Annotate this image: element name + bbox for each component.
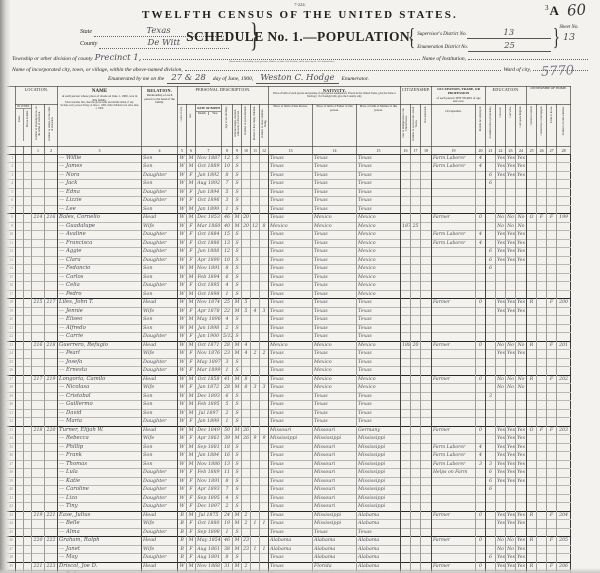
enumeration-dates: 27 & 28: [167, 73, 210, 84]
cell-write: [506, 205, 516, 214]
cell-age: 10: [222, 163, 233, 172]
cell-read: Yes: [496, 350, 506, 359]
cell-color: W: [178, 426, 187, 435]
cell-cit_year: [401, 163, 411, 172]
cell-mother_of: [251, 324, 260, 333]
cell-farm_sched: [557, 545, 571, 554]
corner-letter: A: [550, 3, 559, 19]
cell-yrs_married: [242, 265, 251, 274]
cell-school: [486, 452, 496, 461]
cell-age: 39: [222, 435, 233, 444]
cell-relation: Daughter: [142, 503, 178, 512]
cell-yrs_married: 20: [242, 222, 251, 231]
cell-family: [45, 256, 58, 265]
cell-color: W: [178, 299, 187, 308]
cell-occupation: [432, 307, 476, 316]
cell-free_mtg: [537, 154, 547, 163]
cell-color: W: [178, 367, 187, 376]
cell-school: [486, 511, 496, 520]
cell-dob: Oct 1898: [196, 290, 222, 299]
table-row: 16— CeliaDaughterWFOct 18954STexasTexasM…: [6, 282, 571, 291]
cell-mother_of: [251, 188, 260, 197]
cell-relation: Head: [142, 537, 178, 546]
cell-write: [506, 503, 516, 512]
cell-cit_years: [411, 299, 421, 308]
cell-relation: Daughter: [142, 239, 178, 248]
sex-column-header: Sex.: [187, 104, 196, 146]
cell-cit_nat: [421, 528, 432, 537]
cell-relation: Son: [142, 409, 178, 418]
cell-occupation: [432, 401, 476, 410]
cell-cit_years: [411, 256, 421, 265]
cell-dwelling: [32, 443, 45, 452]
cell-dob: Oct 1889: [196, 163, 222, 172]
cell-age: 3: [222, 358, 233, 367]
cell-cit_year: [401, 324, 411, 333]
table-row: 31— DavidSonWMJul 18972STexasTexasTexas: [6, 409, 571, 418]
cell-write: [506, 265, 516, 274]
cell-english: Yes: [516, 307, 527, 316]
cell-relation: Son: [142, 452, 178, 461]
cell-cit_year: [401, 180, 411, 189]
cell-pob: Texas: [269, 469, 313, 478]
cell-occupation: [432, 528, 476, 537]
cell-name: — Carlos: [58, 273, 142, 282]
cell-pob: Texas: [269, 265, 313, 274]
cell-cit_year: [401, 307, 411, 316]
cell-dwelling: 217: [32, 375, 45, 384]
cell-marital: S: [233, 358, 242, 367]
cell-dob: Oct 1871: [196, 341, 222, 350]
cell-school: [486, 367, 496, 376]
cell-relation: Daughter: [142, 486, 178, 495]
cell-name: — Jennie: [58, 307, 142, 316]
cell-pob_mother: Mexico: [357, 265, 401, 274]
cell-yrs_married: [242, 469, 251, 478]
cell-street: [16, 188, 24, 197]
cell-cit_years: 25: [411, 222, 421, 231]
cell-relation: Son: [142, 290, 178, 299]
cell-house: [24, 392, 32, 401]
cell-children_living: [260, 477, 269, 486]
cell-dwelling: [32, 350, 45, 359]
table-row: 11— FranciscaDaughterWFOct 188613STexasT…: [6, 239, 571, 248]
cell-cit_nat: [421, 494, 432, 503]
cell-occupation: [432, 350, 476, 359]
cell-marital: M: [233, 384, 242, 393]
cell-read: No: [496, 222, 506, 231]
cell-farm_house: [547, 494, 557, 503]
cell-pob_mother: Mexico: [357, 384, 401, 393]
cell-pob_father: Texas: [313, 205, 357, 214]
table-row: 5— EdnaDaughterWFJun 18945STexasTexasTex…: [6, 188, 571, 197]
cell-own_rent: [527, 171, 537, 180]
occupation-group-header: OCCUPATION, TRADE, OR PROFESSION of each…: [432, 87, 486, 105]
mother-of-children-column-header: Mother of how many children.: [251, 104, 260, 146]
cell-house: [24, 545, 32, 554]
cell-family: [45, 486, 58, 495]
cell-age: 8: [222, 477, 233, 486]
cell-pob: Texas: [269, 418, 313, 427]
cell-family: 222: [45, 537, 58, 546]
cell-write: Yes: [506, 460, 516, 469]
cell-children_living: [260, 375, 269, 384]
cell-family: [45, 409, 58, 418]
cell-yrs_married: [242, 452, 251, 461]
cell-pob_father: Texas: [313, 316, 357, 325]
cell-pob: Texas: [269, 443, 313, 452]
cell-occupation: Farmer: [432, 299, 476, 308]
cell-mother_of: 9: [251, 435, 260, 444]
cell-dwelling: 214: [32, 214, 45, 223]
cell-house: [24, 537, 32, 546]
cell-color: W: [178, 248, 187, 257]
cell-house: [24, 452, 32, 461]
cell-english: Yes: [516, 163, 527, 172]
cell-sex: F: [187, 384, 196, 393]
cell-marital: S: [233, 528, 242, 537]
cell-house: [24, 222, 32, 231]
sheet-number-block: Sheet No. 13: [551, 25, 587, 43]
cell-dob: Jan 1898: [196, 324, 222, 333]
cell-family: [45, 528, 58, 537]
cell-family: [45, 282, 58, 291]
cell-own_rent: [527, 409, 537, 418]
cell-read: [496, 282, 506, 291]
cell-own_rent: R: [527, 511, 537, 520]
table-row: 21— AlfredoSonWMJan 18982STexasTexasTexa…: [6, 324, 571, 333]
cell-house: [24, 188, 32, 197]
cell-free_mtg: [537, 511, 547, 520]
cell-occupation: [432, 435, 476, 444]
cell-street: [16, 256, 24, 265]
cell-school: [486, 375, 496, 384]
cell-cit_years: [411, 358, 421, 367]
attended-school-column-header: Attended school (in months).: [486, 104, 496, 146]
cell-marital: S: [233, 316, 242, 325]
cell-yrs_married: [242, 290, 251, 299]
cell-free_mtg: [537, 222, 547, 231]
cell-dob: Dec 1893: [196, 392, 222, 401]
cell-pob_mother: Mexico: [357, 273, 401, 282]
cell-free_mtg: [537, 248, 547, 257]
pob-father-column-header: Place of birth of Father of this person.: [313, 104, 357, 146]
cell-cit_nat: [421, 358, 432, 367]
cell-dwelling: [32, 205, 45, 214]
cell-farm_sched: [557, 494, 571, 503]
cell-family: [45, 520, 58, 529]
cell-english: [516, 273, 527, 282]
cell-color: W: [178, 222, 187, 231]
education-group-header: EDUCATION.: [486, 87, 527, 105]
cell-english: [516, 316, 527, 325]
cell-cit_nat: [421, 171, 432, 180]
name-note-2: Include every person living on June 1, 1…: [58, 105, 141, 111]
column-number: 23: [506, 146, 516, 154]
cell-pob: Texas: [269, 401, 313, 410]
cell-read: Yes: [496, 307, 506, 316]
cell-color: W: [178, 452, 187, 461]
cell-write: [506, 494, 516, 503]
cell-relation: Wife: [142, 307, 178, 316]
cell-marital: S: [233, 171, 242, 180]
cell-farm_sched: 205: [557, 537, 571, 546]
cell-relation: Daughter: [142, 188, 178, 197]
cell-pob_mother: Texas: [357, 180, 401, 189]
cell-house: [24, 299, 32, 308]
cell-street: [16, 265, 24, 274]
cell-write: [506, 316, 516, 325]
cell-free_mtg: [537, 486, 547, 495]
cell-write: Yes: [506, 426, 516, 435]
cell-name: — Thomas: [58, 460, 142, 469]
cell-age: 8: [222, 171, 233, 180]
cell-farm_house: [547, 528, 557, 537]
cell-family: [45, 333, 58, 342]
cell-cit_nat: [421, 265, 432, 274]
cell-pob: Texas: [269, 324, 313, 333]
cell-house: [24, 197, 32, 206]
cell-mother_of: [251, 452, 260, 461]
cell-read: Yes: [496, 477, 506, 486]
cell-pob_mother: Texas: [357, 188, 401, 197]
cell-read: Yes: [496, 299, 506, 308]
cell-street: [16, 384, 24, 393]
cell-read: [496, 197, 506, 206]
dob-month-label: Month.: [196, 112, 208, 115]
cell-family: [45, 452, 58, 461]
location-group-header: LOCATION.: [16, 87, 58, 105]
cell-read: [496, 290, 506, 299]
cell-pob_mother: Mexico: [357, 256, 401, 265]
cell-cit_nat: [421, 384, 432, 393]
cell-write: Yes: [506, 511, 516, 520]
cell-mother_of: [251, 443, 260, 452]
cell-cit_nat: [421, 324, 432, 333]
cell-own_rent: [527, 180, 537, 189]
table-row: 3— NoraDaughterWFJan 18928STexasTexasTex…: [6, 171, 571, 180]
cell-months_ne: [476, 180, 486, 189]
cell-pob_mother: Mississippi: [357, 477, 401, 486]
cell-free_mtg: [537, 256, 547, 265]
cell-months_ne: 4: [476, 452, 486, 461]
cell-yrs_married: 26: [242, 435, 251, 444]
cell-children_living: [260, 282, 269, 291]
cell-dwelling: [32, 316, 45, 325]
dob-title: DATE OF BIRTH: [196, 106, 221, 110]
cell-color: W: [178, 163, 187, 172]
cell-mother_of: [251, 290, 260, 299]
cell-age: 23: [222, 350, 233, 359]
cell-sex: F: [187, 171, 196, 180]
cell-name: — Lula: [58, 469, 142, 478]
cell-own_rent: O: [527, 426, 537, 435]
cell-pob_mother: Texas: [357, 392, 401, 401]
cell-cit_nat: [421, 367, 432, 376]
cell-children_living: 3: [260, 307, 269, 316]
cell-sex: F: [187, 486, 196, 495]
cell-age: 24: [222, 511, 233, 520]
cell-months_ne: [476, 333, 486, 342]
cell-school: [486, 307, 496, 316]
table-row: 25— JosefaDaughterWFMay 18973STexasMexic…: [6, 358, 571, 367]
cell-relation: Daughter: [142, 256, 178, 265]
cell-pob_mother: Mexico: [357, 248, 401, 257]
cell-farm_sched: [557, 290, 571, 299]
cell-yrs_married: [242, 401, 251, 410]
cell-farm_sched: 199: [557, 214, 571, 223]
sheet-label: Sheet No.: [559, 25, 578, 30]
can-read-column-header: Can read.: [496, 104, 506, 146]
cell-color: W: [178, 324, 187, 333]
cell-children_living: [260, 171, 269, 180]
cell-name: — Ernesta: [58, 367, 142, 376]
cell-age: 8: [222, 554, 233, 563]
cell-house: [24, 358, 32, 367]
cell-own_rent: [527, 205, 537, 214]
cell-dwelling: [32, 367, 45, 376]
cell-relation: Daughter: [142, 248, 178, 257]
column-number: 18: [421, 146, 432, 154]
cell-age: 5/12: [222, 333, 233, 342]
cell-farm_house: [547, 307, 557, 316]
cell-relation: Wife: [142, 350, 178, 359]
cell-farm_sched: 201: [557, 341, 571, 350]
cell-free_mtg: [537, 282, 547, 291]
cell-cit_nat: [421, 290, 432, 299]
cell-family: [45, 324, 58, 333]
cell-farm_sched: [557, 350, 571, 359]
cell-english: Yes: [516, 231, 527, 240]
cell-cit_year: [401, 528, 411, 537]
cell-months_ne: 4: [476, 231, 486, 240]
column-number: 27: [547, 146, 557, 154]
cell-family: [45, 418, 58, 427]
cell-farm_sched: [557, 231, 571, 240]
table-row: 34— RebeccaWifeWFApr 186139M2699Mississi…: [6, 435, 571, 444]
cell-children_living: [260, 392, 269, 401]
cell-dwelling: [32, 188, 45, 197]
cell-marital: S: [233, 282, 242, 291]
cell-free_mtg: [537, 239, 547, 248]
cell-family: [45, 460, 58, 469]
cell-pob: Texas: [269, 367, 313, 376]
cell-own_rent: [527, 401, 537, 410]
cell-farm_house: [547, 256, 557, 265]
cell-occupation: [432, 418, 476, 427]
cell-street: [16, 401, 24, 410]
cell-months_ne: [476, 265, 486, 274]
cell-farm_house: [547, 197, 557, 206]
cell-free_mtg: [537, 333, 547, 342]
cell-color: W: [178, 418, 187, 427]
cell-read: No: [496, 384, 506, 393]
cell-pob_mother: Mexico: [357, 231, 401, 240]
cell-free_mtg: [537, 520, 547, 529]
cell-house: [24, 401, 32, 410]
cell-pob_mother: Texas: [357, 367, 401, 376]
cell-color: W: [178, 477, 187, 486]
months-not-employed-column-header: Months not employed.: [476, 104, 486, 146]
table-row: 22— CarrieDaughterWFJan 19005/12STexasTe…: [6, 333, 571, 342]
cell-farm_house: [547, 231, 557, 240]
cell-own_rent: [527, 222, 537, 231]
cell-relation: Daughter: [142, 282, 178, 291]
cell-free_mtg: [537, 290, 547, 299]
cell-read: Yes: [496, 248, 506, 257]
cell-age: 46: [222, 537, 233, 546]
cell-dwelling: [32, 256, 45, 265]
cell-color: W: [178, 503, 187, 512]
cell-own_rent: [527, 486, 537, 495]
cell-school: [486, 282, 496, 291]
cell-dob: Jan 1872: [196, 384, 222, 393]
township-note: (Insert name of township, town, precinct…: [143, 60, 420, 63]
cell-read: [496, 273, 506, 282]
cell-free_mtg: [537, 299, 547, 308]
table-row: 14— FedancioSonWMNov 18918STexasTexasMex…: [6, 265, 571, 274]
cell-family: [45, 273, 58, 282]
cell-farm_house: [547, 188, 557, 197]
cell-write: [506, 188, 516, 197]
cell-english: [516, 392, 527, 401]
cell-cit_nat: [421, 154, 432, 163]
table-row: 27217219Longoria, CamiloHeadWMOct 185841…: [6, 375, 571, 384]
cell-occupation: [432, 324, 476, 333]
cell-months_ne: 0: [476, 426, 486, 435]
cell-family: [45, 180, 58, 189]
cell-write: [506, 401, 516, 410]
cell-color: W: [178, 239, 187, 248]
cell-free_mtg: [537, 273, 547, 282]
cell-name: — Nicolasa: [58, 384, 142, 393]
cell-yrs_married: 5: [242, 307, 251, 316]
cell-cit_years: [411, 452, 421, 461]
cell-color: W: [178, 409, 187, 418]
cell-street: [16, 452, 24, 461]
scan-bottom-shadow: [0, 568, 600, 573]
cell-marital: S: [233, 239, 242, 248]
cell-write: Yes: [506, 477, 516, 486]
district-block: { Supervisor's District No. 13 Enumerati…: [408, 25, 560, 55]
cell-family: [45, 469, 58, 478]
cell-read: [496, 401, 506, 410]
column-number: 8: [222, 146, 233, 154]
cell-name: — Frank: [58, 452, 142, 461]
cell-school: [486, 222, 496, 231]
cell-color: W: [178, 486, 187, 495]
cell-cit_years: [411, 503, 421, 512]
cell-mother_of: [251, 426, 260, 435]
cell-street: [16, 460, 24, 469]
cell-farm_house: [547, 324, 557, 333]
cell-house: [24, 426, 32, 435]
cell-marital: S: [233, 367, 242, 376]
cell-free_mtg: [537, 197, 547, 206]
cell-english: [516, 358, 527, 367]
cell-english: Yes: [516, 477, 527, 486]
speaks-english-column-header: Can speak English.: [516, 104, 527, 146]
cell-age: 4: [222, 282, 233, 291]
cell-own_rent: [527, 358, 537, 367]
cell-family: [45, 554, 58, 563]
cell-children_living: [260, 401, 269, 410]
cell-farm_sched: [557, 205, 571, 214]
cell-free_mtg: [537, 418, 547, 427]
cell-pob_mother: Mexico: [357, 222, 401, 231]
marital-status-column-header: Whether single, married, widowed, or div…: [233, 104, 242, 146]
cell-street: [16, 418, 24, 427]
